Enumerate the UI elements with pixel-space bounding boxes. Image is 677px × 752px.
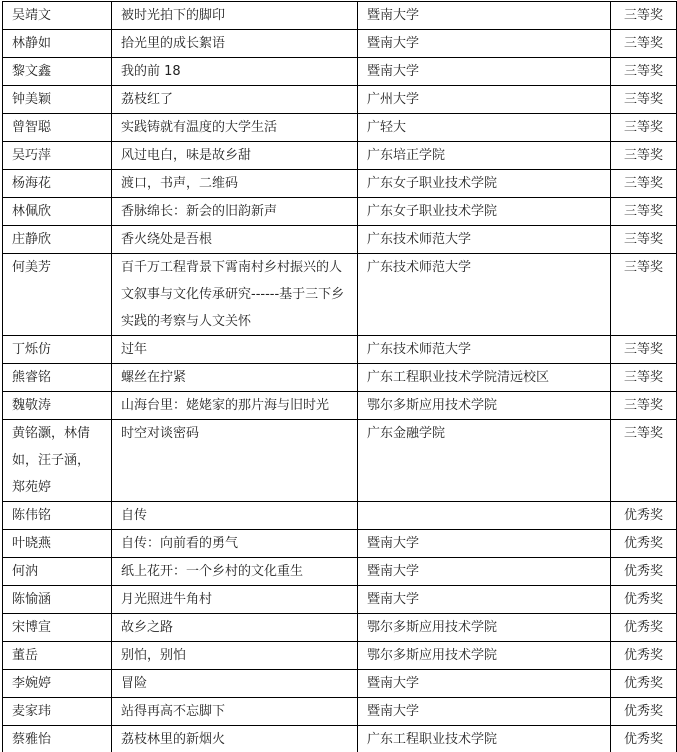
title-cell: 百千万工程背景下霄南村乡村振兴的人文叙事与文化传承研究------基于三下乡实践…: [112, 254, 358, 336]
title-cell: 实践铸就有温度的大学生活: [112, 114, 358, 142]
award-cell: 优秀奖: [611, 642, 677, 670]
table-row: 杨海花渡口，书声，二维码广东女子职业技术学院三等奖: [3, 170, 677, 198]
title-cell: 渡口，书声，二维码: [112, 170, 358, 198]
title-cell: 螺丝在拧紧: [112, 364, 358, 392]
name-cell: 吴靖文: [3, 2, 112, 30]
title-cell: 山海台里：姥姥家的那片海与旧时光: [112, 392, 358, 420]
table-row: 麦家玮站得再高不忘脚下暨南大学优秀奖: [3, 698, 677, 726]
award-cell: 三等奖: [611, 198, 677, 226]
school-cell: 鄂尔多斯应用技术学院: [358, 642, 611, 670]
school-cell: 广东技术师范大学: [358, 226, 611, 254]
name-cell: 何美芳: [3, 254, 112, 336]
award-cell: 三等奖: [611, 420, 677, 502]
title-cell: 拾光里的成长絮语: [112, 30, 358, 58]
award-cell: 优秀奖: [611, 614, 677, 642]
award-cell: 优秀奖: [611, 558, 677, 586]
award-cell: 三等奖: [611, 2, 677, 30]
table-row: 钟美颖荔枝红了广州大学三等奖: [3, 86, 677, 114]
title-cell: 风过电白，味是故乡甜: [112, 142, 358, 170]
table-row: 宋博宣故乡之路鄂尔多斯应用技术学院优秀奖: [3, 614, 677, 642]
name-cell: 杨海花: [3, 170, 112, 198]
title-cell: 站得再高不忘脚下: [112, 698, 358, 726]
title-cell: 自传：向前看的勇气: [112, 530, 358, 558]
award-cell: 三等奖: [611, 364, 677, 392]
title-cell: 荔枝红了: [112, 86, 358, 114]
name-cell: 庄静欣: [3, 226, 112, 254]
title-cell: 我的前 18: [112, 58, 358, 86]
school-cell: 广东女子职业技术学院: [358, 170, 611, 198]
award-cell: 三等奖: [611, 86, 677, 114]
table-row: 熊睿铭螺丝在拧紧广东工程职业技术学院清远校区三等奖: [3, 364, 677, 392]
school-cell: 广东工程职业技术学院: [358, 726, 611, 752]
award-cell: 三等奖: [611, 170, 677, 198]
name-cell: 陈伟铭: [3, 502, 112, 530]
title-cell: 月光照进牛角村: [112, 586, 358, 614]
school-cell: 暨南大学: [358, 698, 611, 726]
school-cell: 广东技术师范大学: [358, 336, 611, 364]
table-row: 叶晓燕自传：向前看的勇气暨南大学优秀奖: [3, 530, 677, 558]
school-cell: 广州大学: [358, 86, 611, 114]
title-cell: 自传: [112, 502, 358, 530]
award-cell: 三等奖: [611, 254, 677, 336]
award-cell: 优秀奖: [611, 670, 677, 698]
school-cell: 广东工程职业技术学院清远校区: [358, 364, 611, 392]
title-cell: 时空对谈密码: [112, 420, 358, 502]
school-cell: 广东技术师范大学: [358, 254, 611, 336]
school-cell: 暨南大学: [358, 2, 611, 30]
award-cell: 优秀奖: [611, 530, 677, 558]
school-cell: 广轻大: [358, 114, 611, 142]
name-cell: 林静如: [3, 30, 112, 58]
table-row: 丁烁仿过年广东技术师范大学三等奖: [3, 336, 677, 364]
award-table-body: 吴靖文被时光拍下的脚印暨南大学三等奖林静如拾光里的成长絮语暨南大学三等奖黎文鑫我…: [3, 2, 677, 752]
school-cell: [358, 502, 611, 530]
name-cell: 董岳: [3, 642, 112, 670]
title-cell: 过年: [112, 336, 358, 364]
table-row: 董岳别怕，别怕鄂尔多斯应用技术学院优秀奖: [3, 642, 677, 670]
award-cell: 三等奖: [611, 114, 677, 142]
school-cell: 广东金融学院: [358, 420, 611, 502]
name-cell: 李婉婷: [3, 670, 112, 698]
school-cell: 广东培正学院: [358, 142, 611, 170]
table-row: 蔡雅怡荔枝林里的新烟火广东工程职业技术学院优秀奖: [3, 726, 677, 752]
title-cell: 别怕，别怕: [112, 642, 358, 670]
title-cell: 故乡之路: [112, 614, 358, 642]
award-cell: 优秀奖: [611, 698, 677, 726]
name-cell: 吴巧萍: [3, 142, 112, 170]
award-cell: 三等奖: [611, 142, 677, 170]
award-cell: 三等奖: [611, 58, 677, 86]
name-cell: 蔡雅怡: [3, 726, 112, 752]
name-cell: 叶晓燕: [3, 530, 112, 558]
award-table: 吴靖文被时光拍下的脚印暨南大学三等奖林静如拾光里的成长絮语暨南大学三等奖黎文鑫我…: [2, 1, 677, 752]
table-row: 黄铭灏，林倩如，汪子涵，郑苑婷时空对谈密码广东金融学院三等奖: [3, 420, 677, 502]
name-cell: 魏敬涛: [3, 392, 112, 420]
title-cell: 冒险: [112, 670, 358, 698]
title-cell: 香火绕处是吾根: [112, 226, 358, 254]
school-cell: 暨南大学: [358, 58, 611, 86]
school-cell: 鄂尔多斯应用技术学院: [358, 614, 611, 642]
school-cell: 暨南大学: [358, 30, 611, 58]
title-cell: 被时光拍下的脚印: [112, 2, 358, 30]
award-cell: 三等奖: [611, 392, 677, 420]
name-cell: 宋博宣: [3, 614, 112, 642]
table-row: 陈愉涵月光照进牛角村暨南大学优秀奖: [3, 586, 677, 614]
name-cell: 曾智聪: [3, 114, 112, 142]
name-cell: 钟美颖: [3, 86, 112, 114]
award-cell: 优秀奖: [611, 586, 677, 614]
table-row: 庄静欣香火绕处是吾根广东技术师范大学三等奖: [3, 226, 677, 254]
title-cell: 荔枝林里的新烟火: [112, 726, 358, 752]
school-cell: 暨南大学: [358, 586, 611, 614]
school-cell: 暨南大学: [358, 558, 611, 586]
table-row: 吴靖文被时光拍下的脚印暨南大学三等奖: [3, 2, 677, 30]
table-row: 何美芳百千万工程背景下霄南村乡村振兴的人文叙事与文化传承研究------基于三下…: [3, 254, 677, 336]
name-cell: 黎文鑫: [3, 58, 112, 86]
table-row: 林佩欣香脉绵长：新会的旧韵新声广东女子职业技术学院三等奖: [3, 198, 677, 226]
table-row: 黎文鑫我的前 18暨南大学三等奖: [3, 58, 677, 86]
title-cell: 香脉绵长：新会的旧韵新声: [112, 198, 358, 226]
name-cell: 丁烁仿: [3, 336, 112, 364]
award-cell: 三等奖: [611, 226, 677, 254]
award-cell: 优秀奖: [611, 502, 677, 530]
table-row: 魏敬涛山海台里：姥姥家的那片海与旧时光鄂尔多斯应用技术学院三等奖: [3, 392, 677, 420]
table-row: 吴巧萍风过电白，味是故乡甜广东培正学院三等奖: [3, 142, 677, 170]
name-cell: 熊睿铭: [3, 364, 112, 392]
table-row: 陈伟铭自传优秀奖: [3, 502, 677, 530]
name-cell: 林佩欣: [3, 198, 112, 226]
name-cell: 黄铭灏，林倩如，汪子涵，郑苑婷: [3, 420, 112, 502]
table-row: 曾智聪实践铸就有温度的大学生活广轻大三等奖: [3, 114, 677, 142]
table-row: 林静如拾光里的成长絮语暨南大学三等奖: [3, 30, 677, 58]
award-cell: 三等奖: [611, 336, 677, 364]
school-cell: 广东女子职业技术学院: [358, 198, 611, 226]
award-cell: 优秀奖: [611, 726, 677, 752]
name-cell: 何汭: [3, 558, 112, 586]
table-row: 李婉婷冒险暨南大学优秀奖: [3, 670, 677, 698]
name-cell: 麦家玮: [3, 698, 112, 726]
title-cell: 纸上花开：一个乡村的文化重生: [112, 558, 358, 586]
name-cell: 陈愉涵: [3, 586, 112, 614]
school-cell: 暨南大学: [358, 670, 611, 698]
school-cell: 暨南大学: [358, 530, 611, 558]
award-cell: 三等奖: [611, 30, 677, 58]
school-cell: 鄂尔多斯应用技术学院: [358, 392, 611, 420]
table-row: 何汭纸上花开：一个乡村的文化重生暨南大学优秀奖: [3, 558, 677, 586]
